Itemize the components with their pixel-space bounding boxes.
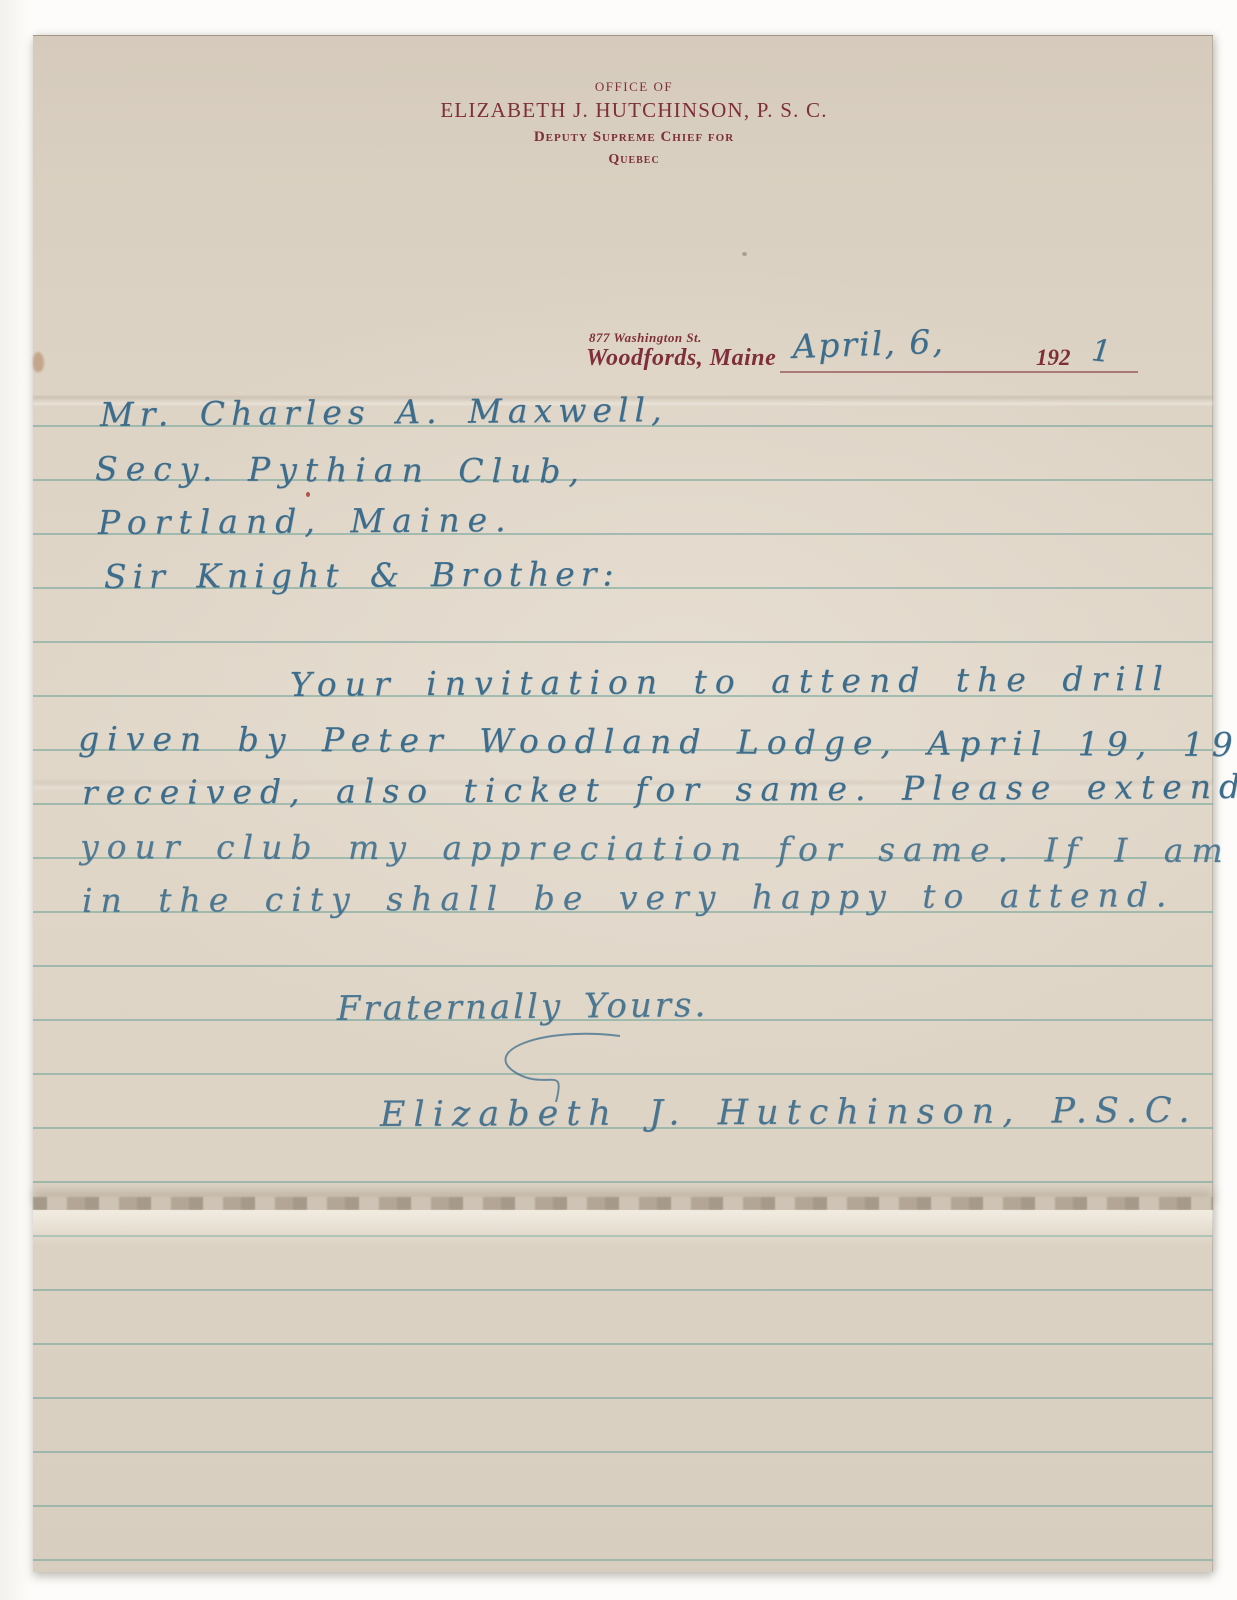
fold-highlight-band (33, 1210, 1213, 1246)
printed-city-state: Woodfords, Maine (586, 346, 776, 370)
salutation-line: Sir Knight & Brother: (104, 557, 620, 593)
body-line-2: given by Peter Woodland Lodge, April 19,… (78, 722, 1237, 761)
body-line-3: received, also ticket for same. Please e… (82, 769, 1237, 809)
fold-edge-shadow (33, 1197, 1213, 1210)
letterhead-name: ELIZABETH J. HUTCHINSON, P. S. C. (55, 100, 1213, 121)
paper-edge-tear (33, 352, 44, 372)
recipient-city-line: Portland, Maine. (98, 503, 514, 539)
handwritten-year-digit: 1 (1090, 336, 1112, 368)
letterhead: OFFICE OF ELIZABETH J. HUTCHINSON, P. S.… (33, 80, 1213, 167)
ink-speck-red (306, 492, 310, 497)
letterhead-region: Quebec (55, 153, 1213, 167)
printed-year-prefix: 192 (1036, 346, 1071, 369)
letterhead-office-of: OFFICE OF (55, 80, 1213, 93)
body-line-4: your club my appreciation for same. If I… (80, 830, 1231, 867)
closing-line: Fraternally Yours. (337, 988, 709, 1026)
body-line-1: Your invitation to attend the drill (290, 662, 1171, 701)
letterhead-title: Deputy Supreme Chief for (55, 130, 1213, 145)
paper-speck (742, 252, 747, 256)
printed-date-line (780, 371, 1138, 373)
signature-line: Elizabeth J. Hutchinson, P.S.C. (380, 1094, 1198, 1133)
recipient-title-line: Secy. Pythian Club, (95, 452, 587, 488)
printed-street-address: 877 Washington St. (589, 331, 702, 344)
handwritten-date: April, 6, (792, 325, 945, 363)
recipient-name-line: Mr. Charles A. Maxwell, (100, 393, 668, 431)
body-line-5: in the city shall be very happy to atten… (82, 878, 1175, 917)
